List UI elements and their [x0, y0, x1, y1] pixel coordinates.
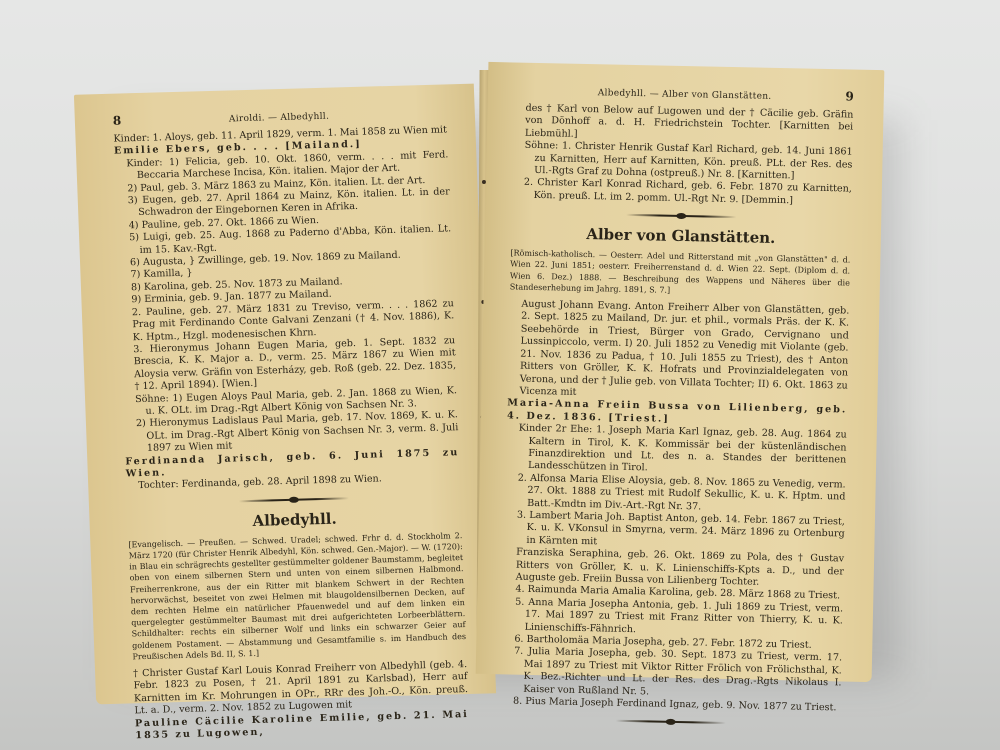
text-line: August Johann Evang. Anton Freiherr Albe…: [507, 298, 849, 404]
running-head: Albedyhll. — Alber von Glanstätten.: [598, 88, 772, 102]
section-intro: [Evangelisch. — Preußen. — Schwed. Urade…: [128, 530, 466, 662]
section-intro: [Römisch-katholisch. — Oesterr. Adel und…: [510, 248, 851, 300]
left-page-header: 8 Airoldi. — Albedyhll.: [113, 104, 447, 127]
right-page-header: Albedyhll. — Alber von Glanstätten. 9: [514, 82, 854, 103]
text-line: 7. Julia Maria Josepha, geb. 30. Sept. 1…: [501, 646, 842, 703]
page-number: 9: [845, 89, 854, 103]
left-page: 8 Airoldi. — Albedyhll. Kinder: 1. Aloys…: [74, 84, 496, 705]
ornamental-rule: [626, 214, 736, 218]
ornamental-rule: [616, 720, 726, 724]
running-head: Airoldi. — Albedyhll.: [229, 112, 330, 125]
right-page: Albedyhll. — Alber von Glanstätten. 9 de…: [476, 62, 885, 682]
text-line: Kinder 2r Ehe: 1. Joseph Maria Karl Igna…: [506, 423, 847, 480]
ornamental-rule: [239, 497, 349, 502]
page-number: 8: [113, 113, 122, 127]
section-title: Alber von Glanstätten.: [511, 224, 851, 249]
section-title: Albedyhll.: [127, 506, 462, 533]
